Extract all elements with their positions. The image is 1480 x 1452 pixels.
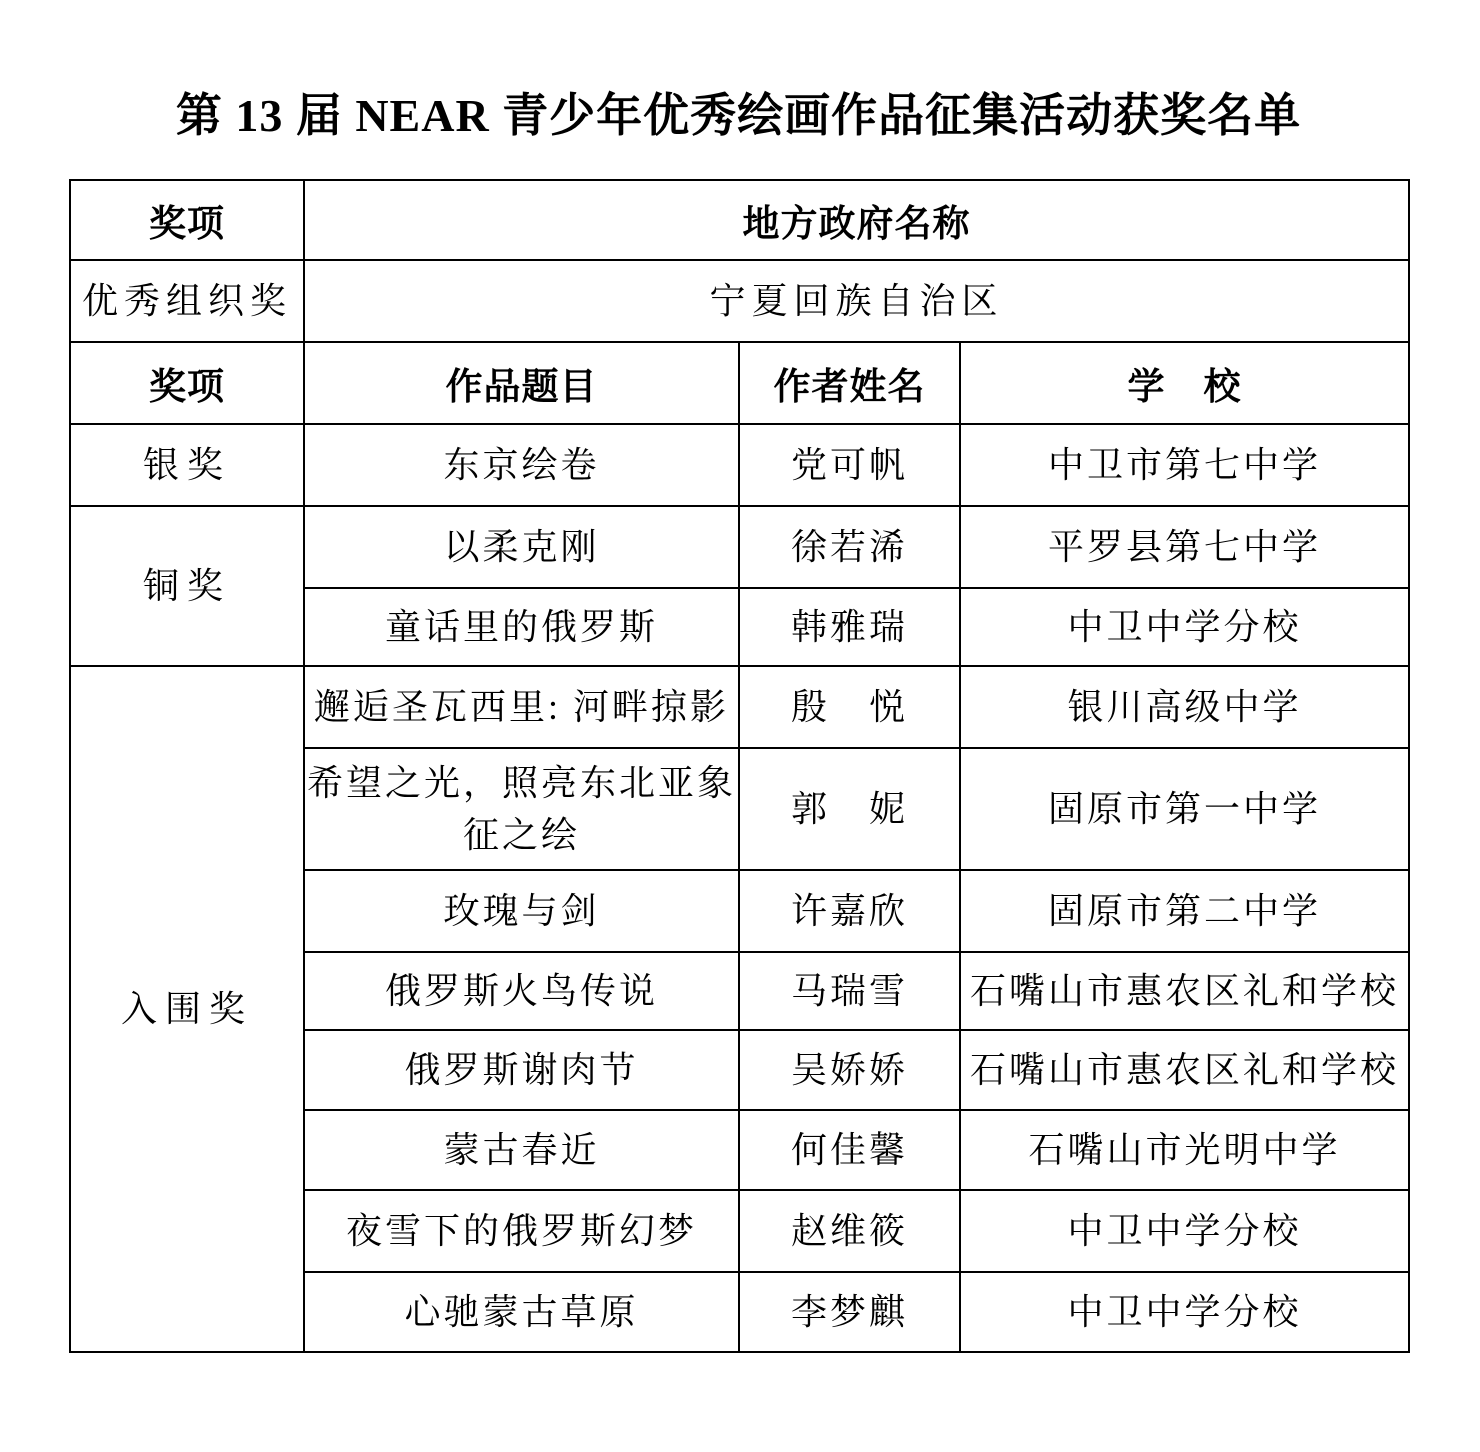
award-cell-finalist: 入围奖 [70,666,304,1352]
org-award-row: 优秀组织奖 宁夏回族自治区 [70,260,1409,342]
table-row-silver-1: 银奖 东京绘卷 党可帆 中卫市第七中学 [70,424,1409,506]
org-award-gov: 宁夏回族自治区 [304,260,1409,342]
work-title-cell: 心驰蒙古草原 [304,1272,739,1352]
work-title-cell: 玫瑰与剑 [304,870,739,952]
work-title-cell: 俄罗斯火鸟传说 [304,952,739,1030]
school-cell: 石嘴山市惠农区礼和学校 [960,1030,1409,1110]
work-title-cell: 以柔克刚 [304,506,739,588]
school-cell: 固原市第一中学 [960,748,1409,870]
document-title: 第 13 届 NEAR 青少年优秀绘画作品征集活动获奖名单 [69,88,1408,143]
school-cell: 中卫中学分校 [960,1272,1409,1352]
org-header-row: 奖项 地方政府名称 [70,180,1409,260]
author-cell: 李梦麒 [739,1272,960,1352]
work-title-cell: 童话里的俄罗斯 [304,588,739,666]
work-title-cell: 俄罗斯谢肉节 [304,1030,739,1110]
school-cell: 石嘴山市惠农区礼和学校 [960,952,1409,1030]
table-row-bronze-1: 铜奖 以柔克刚 徐若浠 平罗县第七中学 [70,506,1409,588]
author-cell: 韩雅瑞 [739,588,960,666]
org-header-gov-label: 地方政府名称 [304,180,1409,260]
works-header-school-label: 学 校 [960,342,1409,424]
works-header-award-label: 奖项 [70,342,304,424]
award-cell-bronze: 铜奖 [70,506,304,666]
works-header-row: 奖项 作品题目 作者姓名 学 校 [70,342,1409,424]
awards-table: 奖项 地方政府名称 优秀组织奖 宁夏回族自治区 奖项 作品题目 作者姓名 学 校… [69,179,1410,1353]
author-cell: 吴娇娇 [739,1030,960,1110]
school-cell: 平罗县第七中学 [960,506,1409,588]
author-cell: 殷 悦 [739,666,960,748]
work-title-cell: 邂逅圣瓦西里: 河畔掠影 [304,666,739,748]
works-header-title-label: 作品题目 [304,342,739,424]
author-cell: 许嘉欣 [739,870,960,952]
works-header-author-label: 作者姓名 [739,342,960,424]
school-cell: 银川高级中学 [960,666,1409,748]
author-cell: 赵维筱 [739,1190,960,1272]
school-cell: 中卫中学分校 [960,588,1409,666]
author-cell: 何佳馨 [739,1110,960,1190]
document-page: 第 13 届 NEAR 青少年优秀绘画作品征集活动获奖名单 奖项 地方政府名称 … [0,0,1480,1353]
school-cell: 中卫市第七中学 [960,424,1409,506]
work-title-cell: 东京绘卷 [304,424,739,506]
award-cell-silver: 银奖 [70,424,304,506]
work-title-cell: 蒙古春近 [304,1110,739,1190]
org-award-name: 优秀组织奖 [70,260,304,342]
author-cell: 徐若浠 [739,506,960,588]
school-cell: 石嘴山市光明中学 [960,1110,1409,1190]
org-header-award-label: 奖项 [70,180,304,260]
school-cell: 固原市第二中学 [960,870,1409,952]
school-cell: 中卫中学分校 [960,1190,1409,1272]
work-title-cell: 希望之光，照亮东北亚象征之绘 [304,748,739,870]
author-cell: 郭 妮 [739,748,960,870]
work-title-cell: 夜雪下的俄罗斯幻梦 [304,1190,739,1272]
author-cell: 马瑞雪 [739,952,960,1030]
table-row-finalist-1: 入围奖 邂逅圣瓦西里: 河畔掠影 殷 悦 银川高级中学 [70,666,1409,748]
author-cell: 党可帆 [739,424,960,506]
